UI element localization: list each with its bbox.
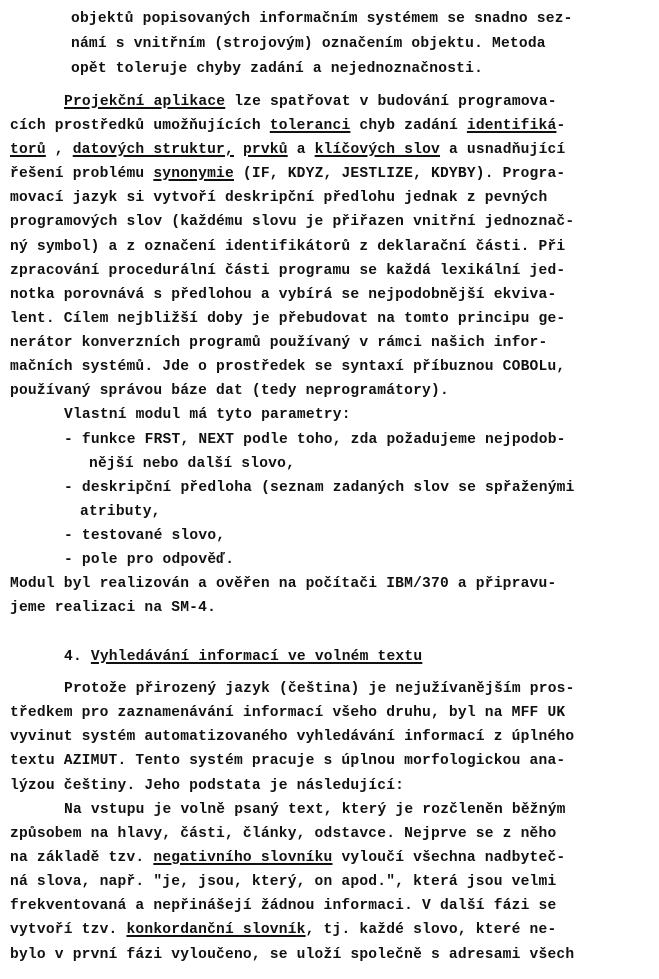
underlined-term: konkordanční slovník bbox=[126, 922, 305, 938]
text-line: programových slov (každému slovu je přiř… bbox=[10, 213, 644, 231]
section-heading: 4. Vyhledávání informací ve volném textu bbox=[64, 648, 644, 666]
text-segment: ná slova, např. "je, jsou, který, on apo… bbox=[10, 874, 556, 890]
text-line: notka porovnává s předlohou a vybírá se … bbox=[10, 286, 644, 304]
underlined-term: toleranci bbox=[270, 118, 351, 134]
text-line: frekventovaná a nepřinášejí žádnou infor… bbox=[10, 897, 644, 915]
text-segment: vyvinut systém automatizovaného vyhledáv… bbox=[10, 729, 574, 745]
text-segment: lent. Cílem nejbližší doby je přebudovat… bbox=[10, 311, 565, 327]
text-line: ná slova, např. "je, jsou, který, on apo… bbox=[10, 873, 644, 891]
underlined-term: Vyhledávání informací ve volném textu bbox=[91, 649, 422, 665]
underlined-term: Projekční aplikace bbox=[64, 94, 225, 110]
text-segment: - pole pro odpověď. bbox=[64, 552, 234, 568]
text-segment: nější nebo další slovo, bbox=[89, 456, 295, 472]
text-segment: Modul byl realizován a ověřen na počítač… bbox=[10, 576, 556, 592]
text-line: cích prostředků umožňujících toleranci c… bbox=[10, 117, 644, 135]
text-segment: vyloučí všechna nadbyteč- bbox=[332, 850, 565, 866]
text-line: jeme realizaci na SM-4. bbox=[10, 599, 644, 617]
text-line: ný symbol) a z označení identifikátorů z… bbox=[10, 238, 644, 256]
underlined-term: torů bbox=[10, 142, 46, 158]
text-segment: používaný správou báze dat (tedy neprogr… bbox=[10, 383, 449, 399]
text-segment: - deskripční předloha (seznam zadaných s… bbox=[64, 480, 575, 496]
text-segment: vytvoří tzv. bbox=[10, 922, 126, 938]
underlined-term: synonymie bbox=[153, 166, 234, 182]
underlined-term: negativního slovníku bbox=[153, 850, 332, 866]
text-segment: (IF, KDYZ, JESTLIZE, KDYBY). Progra- bbox=[234, 166, 565, 182]
text-segment: a usnadňující bbox=[440, 142, 565, 158]
text-segment: zpracování procedurální části programu s… bbox=[10, 263, 565, 279]
text-segment: bylo v první fázi vyloučeno, se uloží sp… bbox=[10, 947, 574, 963]
list-item-continuation: atributy, bbox=[80, 503, 635, 521]
text-segment: - testované slovo, bbox=[64, 528, 225, 544]
text-segment: mačních systémů. Jde o prostředek se syn… bbox=[10, 359, 565, 375]
typewritten-page: objektů popisovaných informačním systéme… bbox=[0, 0, 659, 979]
text-line: torů , datových struktur, prvků a klíčov… bbox=[10, 141, 644, 159]
text-segment: objektů popisovaných informačním systéme… bbox=[71, 11, 573, 27]
text-line: Na vstupu je volně psaný text, který je … bbox=[64, 801, 644, 819]
text-line: zpracování procedurální části programu s… bbox=[10, 262, 644, 280]
list-item-continuation: nější nebo další slovo, bbox=[89, 455, 644, 473]
text-segment: notka porovnává s předlohou a vybírá se … bbox=[10, 287, 556, 303]
text-line: Modul byl realizován a ověřen na počítač… bbox=[10, 575, 644, 593]
text-line: vyvinut systém automatizovaného vyhledáv… bbox=[10, 728, 655, 746]
underlined-term: identifiká bbox=[467, 118, 557, 134]
text-segment: Vlastní modul má tyto parametry: bbox=[64, 407, 351, 423]
text-segment: , bbox=[46, 142, 73, 158]
text-line: movací jazyk si vytvoří deskripční předl… bbox=[10, 189, 644, 207]
text-segment: programových slov (každému slovu je přiř… bbox=[10, 214, 574, 230]
text-segment: Na vstupu je volně psaný text, který je … bbox=[64, 802, 566, 818]
underlined-term: klíčových slov bbox=[315, 142, 440, 158]
text-segment: - bbox=[556, 118, 565, 134]
text-segment: 4. bbox=[64, 649, 91, 665]
text-segment: ný symbol) a z označení identifikátorů z… bbox=[10, 239, 565, 255]
text-segment: frekventovaná a nepřinášejí žádnou infor… bbox=[10, 898, 556, 914]
text-segment: opět toleruje chyby zadání a nejednoznač… bbox=[71, 61, 483, 77]
text-segment: , tj. každé slovo, které ne- bbox=[306, 922, 557, 938]
text-line: objektů popisovaných informačním systéme… bbox=[71, 10, 641, 28]
text-line: způsobem na hlavy, části, články, odstav… bbox=[10, 825, 650, 843]
text-segment: textu AZIMUT. Tento systém pracuje s úpl… bbox=[10, 753, 565, 769]
text-segment: movací jazyk si vytvoří deskripční předl… bbox=[10, 190, 547, 206]
text-segment: atributy, bbox=[80, 504, 161, 520]
list-item: - testované slovo, bbox=[64, 527, 644, 545]
underlined-term: datových struktur, bbox=[73, 142, 234, 158]
text-segment: nerátor konverzních programů používaný v… bbox=[10, 335, 547, 351]
text-line: vytvoří tzv. konkordanční slovník, tj. k… bbox=[10, 921, 644, 939]
list-item: - funkce FRST, NEXT podle toho, zda poža… bbox=[64, 431, 644, 449]
text-segment: cích prostředků umožňujících bbox=[10, 118, 270, 134]
text-line: nerátor konverzních programů používaný v… bbox=[10, 334, 644, 352]
list-item: - pole pro odpověď. bbox=[64, 551, 644, 569]
text-segment: Protože přirozený jazyk (čeština) je nej… bbox=[64, 681, 575, 697]
text-line: námí s vnitřním (strojovým) označením ob… bbox=[71, 35, 641, 53]
text-segment: lze spatřovat v budování programova- bbox=[225, 94, 556, 110]
text-segment: tředkem pro zaznamenávání informací všeh… bbox=[10, 705, 565, 721]
text-segment: na základě tzv. bbox=[10, 850, 153, 866]
text-segment: jeme realizaci na SM-4. bbox=[10, 600, 216, 616]
text-segment: - funkce FRST, NEXT podle toho, zda poža… bbox=[64, 432, 566, 448]
text-line: mačních systémů. Jde o prostředek se syn… bbox=[10, 358, 650, 376]
text-line: textu AZIMUT. Tento systém pracuje s úpl… bbox=[10, 752, 644, 770]
text-line: lýzou češtiny. Jeho podstata je následuj… bbox=[10, 777, 644, 795]
text-segment: lýzou češtiny. Jeho podstata je následuj… bbox=[10, 778, 404, 794]
text-line: řešení problému synonymie (IF, KDYZ, JES… bbox=[10, 165, 644, 183]
text-segment: řešení problému bbox=[10, 166, 153, 182]
text-line: lent. Cílem nejbližší doby je přebudovat… bbox=[10, 310, 644, 328]
underlined-term: prvků bbox=[243, 142, 288, 158]
text-line: tředkem pro zaznamenávání informací všeh… bbox=[10, 704, 650, 722]
text-line: bylo v první fázi vyloučeno, se uloží sp… bbox=[10, 946, 655, 964]
text-segment: způsobem na hlavy, části, články, odstav… bbox=[10, 826, 556, 842]
text-segment: námí s vnitřním (strojovým) označením ob… bbox=[71, 36, 546, 52]
list-item: - deskripční předloha (seznam zadaných s… bbox=[64, 479, 644, 497]
text-segment: a bbox=[288, 142, 315, 158]
text-line: opět toleruje chyby zadání a nejednoznač… bbox=[71, 60, 641, 78]
text-line: Protože přirozený jazyk (čeština) je nej… bbox=[64, 680, 644, 698]
text-segment: chyb zadání bbox=[350, 118, 466, 134]
text-line: Projekční aplikace lze spatřovat v budov… bbox=[64, 93, 644, 111]
text-line: Vlastní modul má tyto parametry: bbox=[64, 406, 644, 424]
text-segment bbox=[234, 142, 243, 158]
text-line: na základě tzv. negativního slovníku vyl… bbox=[10, 849, 644, 867]
text-line: používaný správou báze dat (tedy neprogr… bbox=[10, 382, 644, 400]
